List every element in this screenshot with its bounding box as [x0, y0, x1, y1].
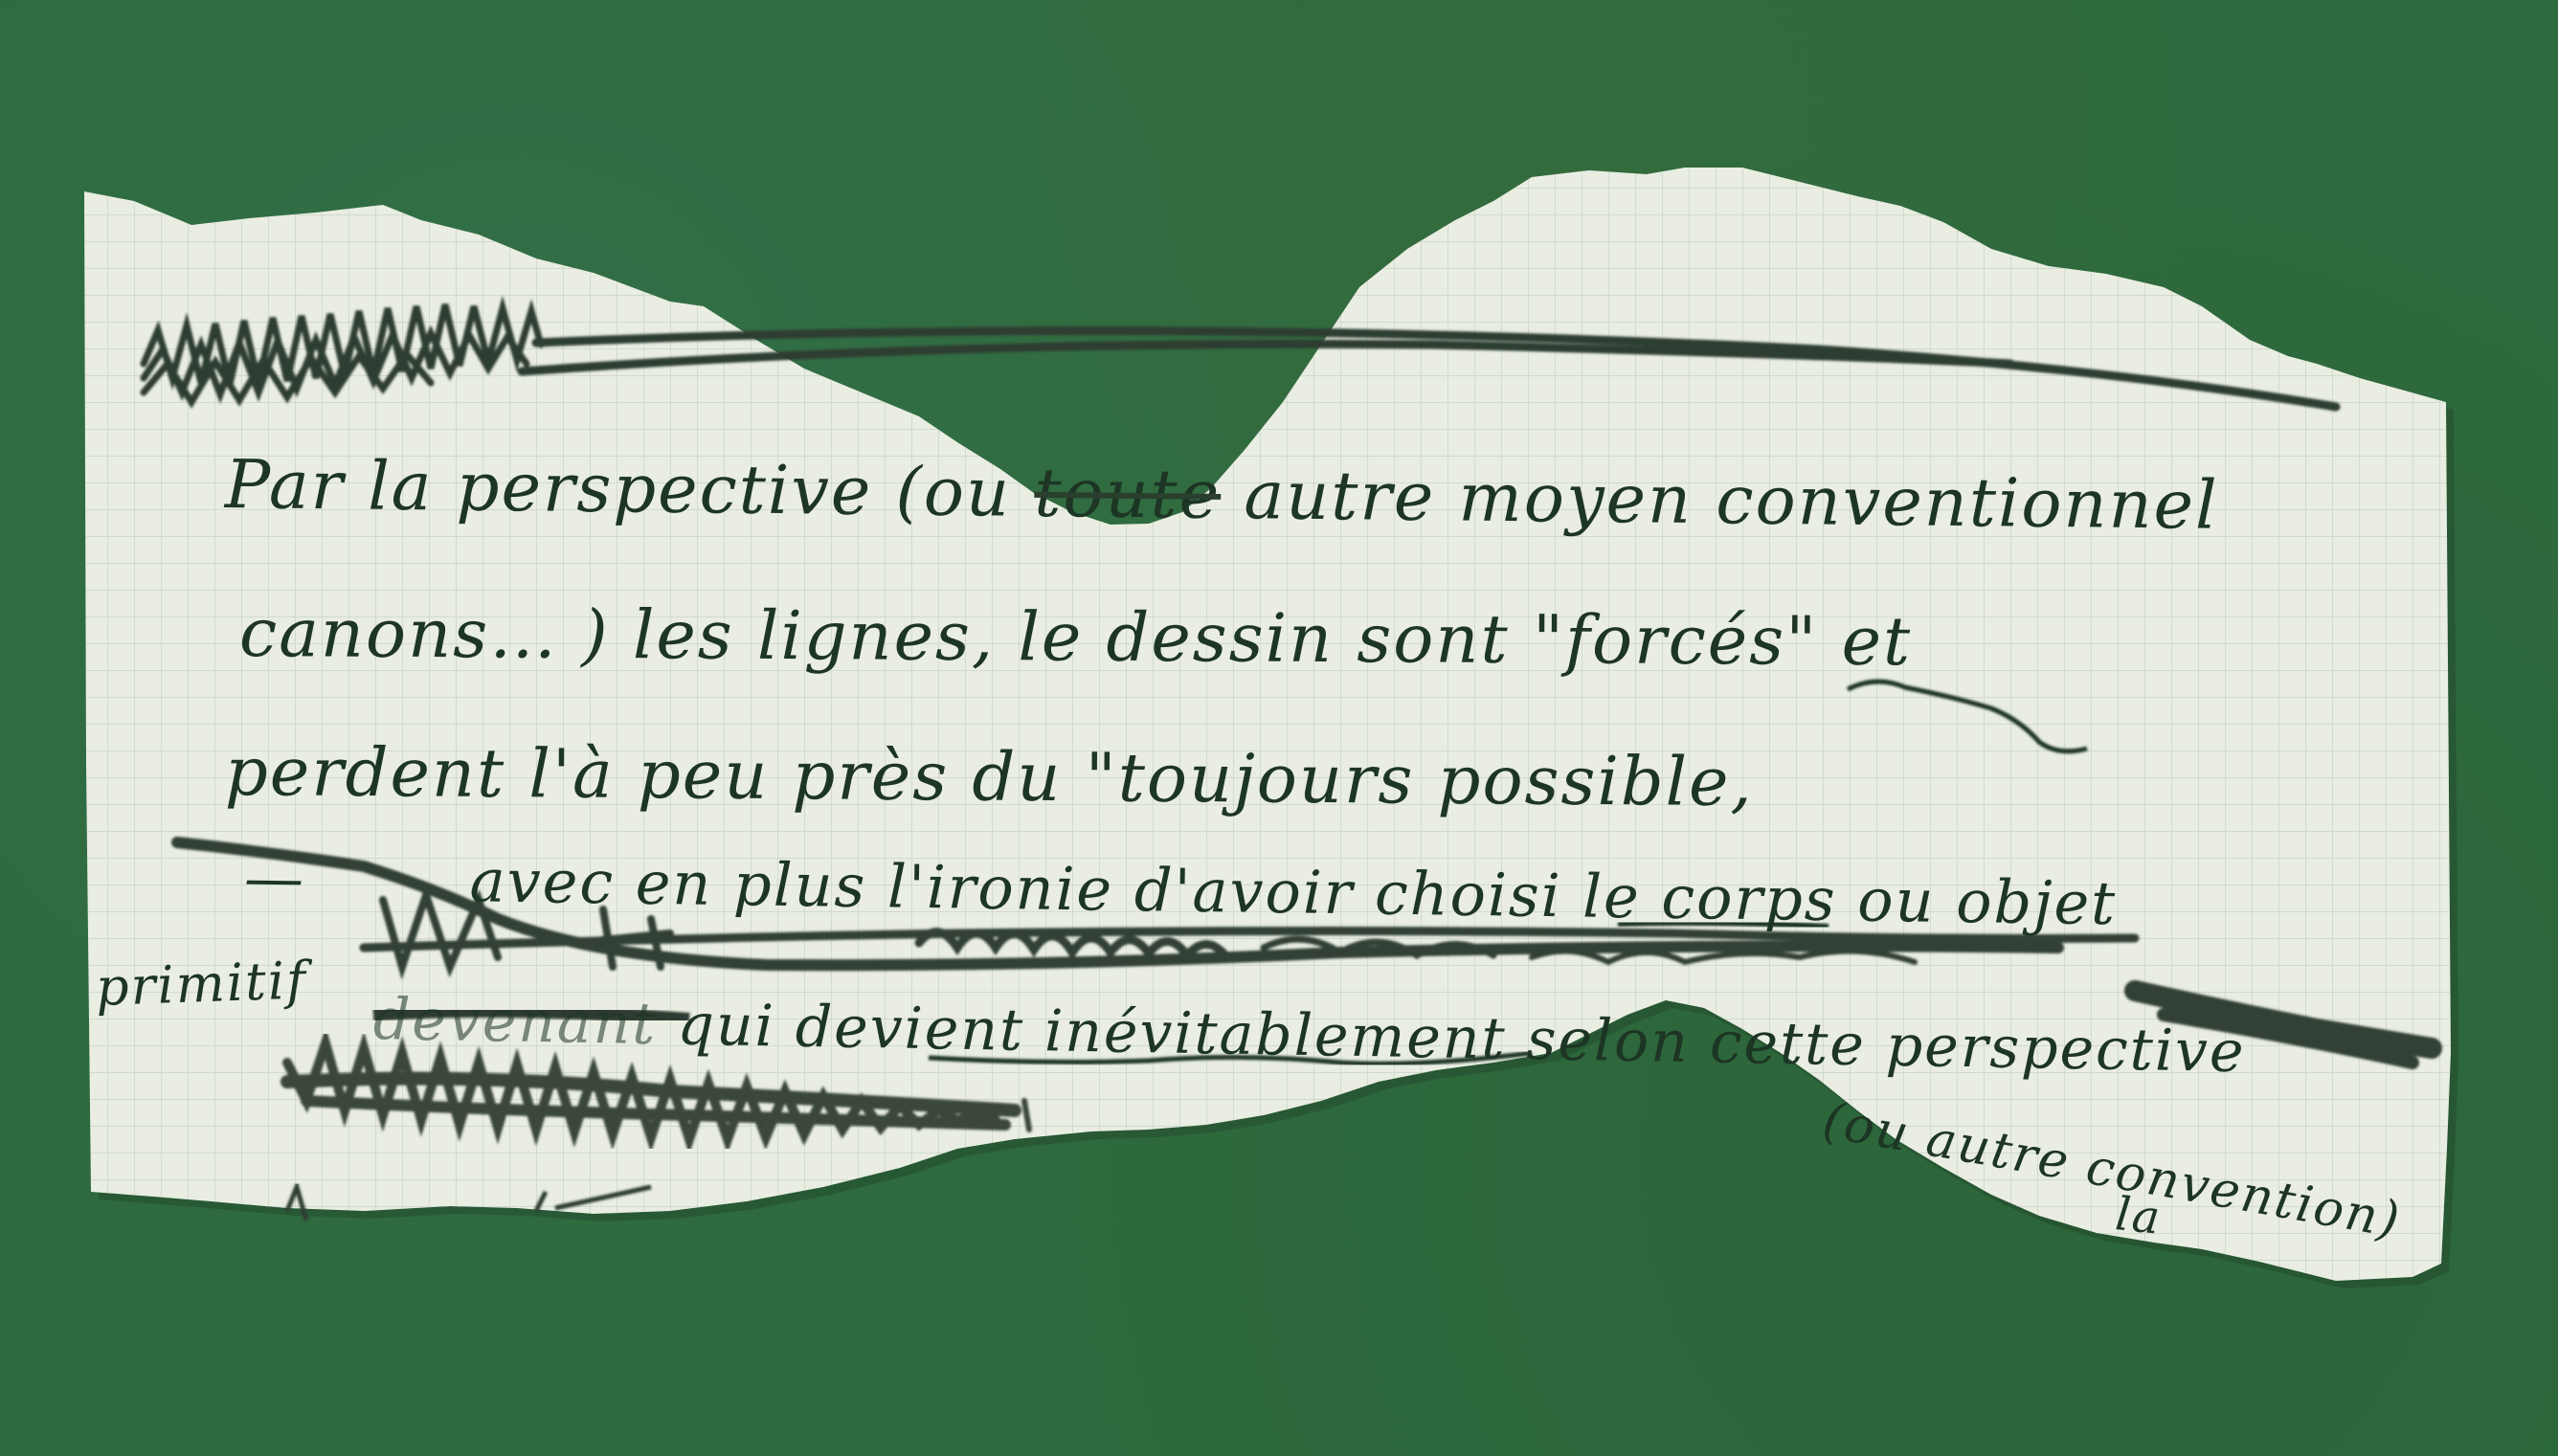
- manuscript-line-2: canons… ) les lignes, le dessin sont "fo…: [239, 594, 1913, 681]
- line3-text: perdent l'à peu près du "toujours possib…: [225, 732, 1754, 821]
- manuscript-line-5-margin: primitif: [95, 950, 308, 1018]
- torn-paper: [0, 0, 2558, 1456]
- line7-fragment: la: [2113, 1187, 2165, 1245]
- line1-seg3: autre moyen conventionnel: [1221, 456, 2219, 545]
- line1-struck-word: toute: [1034, 454, 1222, 534]
- line5-devient: devient inévitablement: [795, 994, 1507, 1073]
- margin-primitif: primitif: [95, 950, 308, 1018]
- line2-text: canons… ) les lignes, le dessin sont "fo…: [239, 594, 1913, 681]
- line4-dash: —: [243, 842, 326, 913]
- line4-choisi: choisi: [1375, 858, 1562, 930]
- line4-seg4: le corps ou objet: [1561, 861, 2118, 938]
- line5-devenant: devenant: [372, 986, 658, 1058]
- manuscript-line-7: la: [2113, 1187, 2165, 1245]
- manuscript-photo: Par la perspective (ou toute autre moyen…: [0, 0, 2558, 1456]
- line5-qui: qui: [657, 991, 797, 1061]
- line4-seg2: avec en plus l'ironie d'avoir: [325, 843, 1375, 928]
- line5-selon: selon cette perspective: [1506, 1006, 2246, 1086]
- line1-seg1: Par la perspective (ou: [225, 445, 1035, 532]
- manuscript-line-3: perdent l'à peu près du "toujours possib…: [225, 732, 1754, 821]
